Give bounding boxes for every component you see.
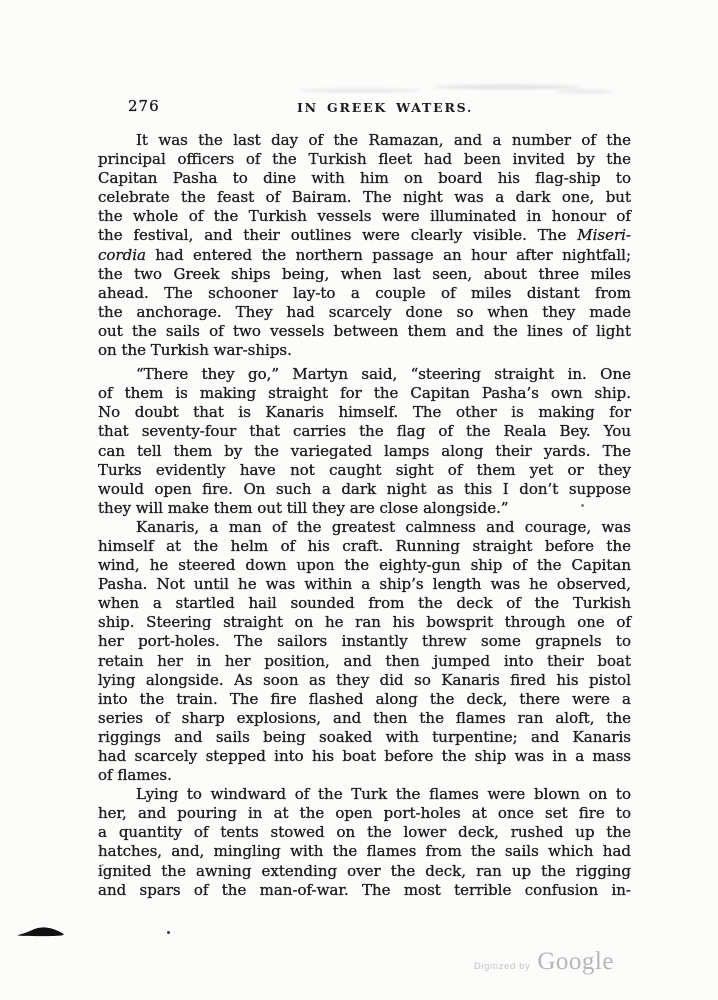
text-line: her port-holes. The sailors instantly th… <box>98 632 631 651</box>
text-line: celebrate the feast of Bairam. The night… <box>98 188 631 207</box>
text-line: a quantity of tents stowed on the lower … <box>98 823 631 842</box>
book-page: 276 IN GREEK WATERS. It was the last day… <box>0 0 718 1000</box>
digitization-watermark: Digitized by Google <box>474 948 614 976</box>
text-line: Pasha. Not until he was within a ship’s … <box>98 575 631 594</box>
ink-speck <box>167 931 170 934</box>
text-line: they will make them out till they are cl… <box>98 499 631 518</box>
text-line: the anchorage. They had scarcely done so… <box>98 303 631 322</box>
text-line: on the Turkish war-ships. <box>98 341 631 360</box>
running-header: IN GREEK WATERS. <box>297 100 473 115</box>
page-number: 276 <box>128 97 160 115</box>
watermark-prefix: Digitized by <box>474 961 530 972</box>
paragraph: Kanaris, a man of the greatest calmness … <box>98 518 631 785</box>
ink-smudge <box>17 924 67 938</box>
text-line: ahead. The schooner lay-to a couple of m… <box>98 284 631 303</box>
text-line: It was the last day of the Ramazan, and … <box>98 131 631 150</box>
text-line: wind, he steered down upon the eighty-gu… <box>98 556 631 575</box>
text-line: series of sharp explosions, and then the… <box>98 709 631 728</box>
text-line: when a startled hail sounded from the de… <box>98 594 631 613</box>
text-line: would open fire. On such a dark night as… <box>98 480 631 499</box>
text-line: riggings and sails being soaked with tur… <box>98 728 631 747</box>
scan-smudge <box>432 85 582 89</box>
text-line: of flames. <box>98 766 631 785</box>
text-line: the festival, and their outlines were cl… <box>98 226 631 245</box>
body-text: It was the last day of the Ramazan, and … <box>98 131 631 900</box>
text-line: can tell them by the variegated lamps al… <box>98 442 631 461</box>
google-logo: Google <box>537 948 614 976</box>
scan-smudge <box>300 89 420 92</box>
text-line: into the train. The fire flashed along t… <box>98 690 631 709</box>
text-line: No doubt that is Kanaris himself. The ot… <box>98 403 631 422</box>
text-line: lying alongside. As soon as they did so … <box>98 671 631 690</box>
text-line: Kanaris, a man of the greatest calmness … <box>98 518 631 537</box>
text-line: and spars of the man-of-war. The most te… <box>98 881 631 900</box>
text-line: ignited the awning extending over the de… <box>98 862 631 881</box>
text-line: had scarcely stepped into his boat befor… <box>98 747 631 766</box>
text-line: Capitan Pasha to dine with him on board … <box>98 169 631 188</box>
text-line: the two Greek ships being, when last see… <box>98 265 631 284</box>
text-line: that seventy-four that carries the flag … <box>98 422 631 441</box>
text-line: the whole of the Turkish vessels were il… <box>98 207 631 226</box>
text-line: “There they go,” Martyn said, “steering … <box>98 365 631 384</box>
text-line: himself at the helm of his craft. Runnin… <box>98 537 631 556</box>
ink-speck <box>101 864 104 866</box>
paragraph: It was the last day of the Ramazan, and … <box>98 131 631 360</box>
text-line: cordia had entered the northern passage … <box>98 246 631 265</box>
text-line: principal officers of the Turkish fleet … <box>98 150 631 169</box>
text-line: Turks evidently have not caught sight of… <box>98 461 631 480</box>
text-line: of them is making straight for the Capit… <box>98 384 631 403</box>
ink-speck <box>581 504 584 507</box>
text-line: ship. Steering straight on he ran his bo… <box>98 613 631 632</box>
text-line: retain her in her position, and then jum… <box>98 652 631 671</box>
text-line: her, and pouring in at the open port-hol… <box>98 804 631 823</box>
paragraph: “There they go,” Martyn said, “steering … <box>98 365 631 518</box>
text-line: Lying to windward of the Turk the flames… <box>98 785 631 804</box>
scan-smudge <box>556 90 614 93</box>
paragraph: Lying to windward of the Turk the flames… <box>98 785 631 900</box>
text-line: hatches, and, mingling with the flames f… <box>98 842 631 861</box>
text-line: out the sails of two vessels between the… <box>98 322 631 341</box>
